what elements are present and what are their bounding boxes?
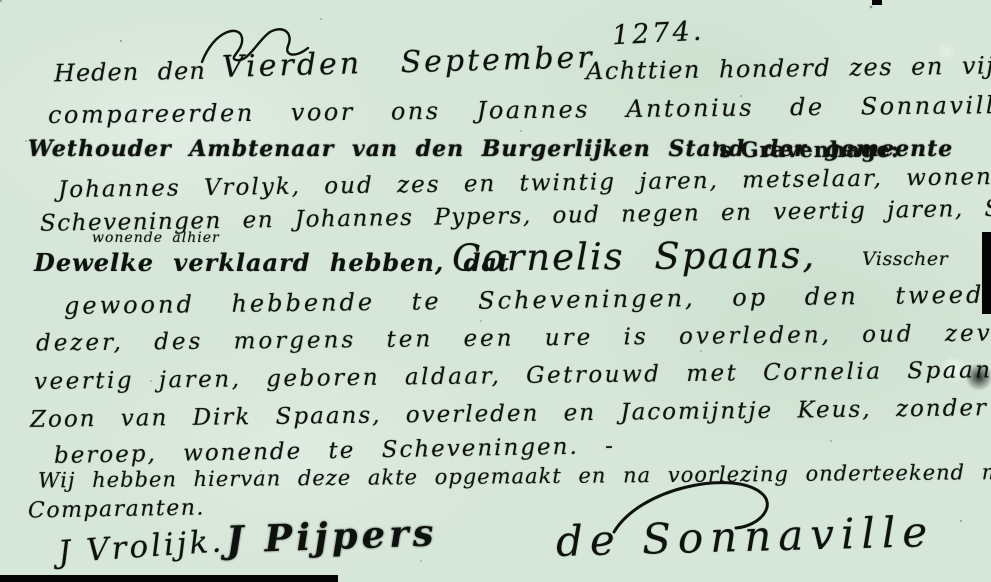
act-line4-witness1: Johannes Vrolyk, oud zes en twintig jare… <box>58 165 991 202</box>
act-line2-comparanten-voor-ons: compareerden voor ons Joannes Antonius d… <box>48 93 991 127</box>
act-line6-declaration: Dewelke verklaard hebben, dat <box>34 251 510 275</box>
act-number: 1274. <box>611 18 705 50</box>
act-line1-date: Vierden September <box>222 43 595 83</box>
act-line1-heden-den: Heden den <box>54 59 206 86</box>
death-record-scan: 1274. Heden den Vierden September Achtti… <box>0 0 991 582</box>
act-line7: gewoond hebbende te Scheveningen, op den… <box>64 282 991 318</box>
scan-smudge-right <box>966 362 991 392</box>
act-line1-year: Achttien honderd zes en vijftig, <box>586 53 991 84</box>
act-line8: dezer, des morgens ten een ure is overle… <box>36 321 991 355</box>
act-interline-wonende-alhier: wonende alhier <box>92 231 220 245</box>
act-line6-deceased-name: Cornelis Spaans, <box>452 236 816 276</box>
act-line10: Zoon van Dirk Spaans, overleden en Jacom… <box>30 397 988 432</box>
act-line6-occupation: Visscher <box>862 250 948 269</box>
scan-artifact-mark-top <box>872 0 882 5</box>
signature-witness2: J Pijpers <box>225 514 438 558</box>
signature-official: de Sonnaville <box>556 511 935 563</box>
act-line3-city-printed: 's Gravenhage: <box>712 137 900 162</box>
signature-witness1: J Vrolijk. <box>57 526 225 569</box>
act-line9: veertig jaren, geboren aldaar, Getrouwd … <box>34 359 991 394</box>
scan-artifact-bar-bottom <box>0 575 338 582</box>
act-line11: beroep, wonende te Scheveningen. - <box>54 435 615 468</box>
paper-speckles <box>0 0 2 2</box>
act-line13-comparanten: Comparanten. <box>28 497 205 522</box>
scan-artifact-bar-right <box>982 232 991 314</box>
